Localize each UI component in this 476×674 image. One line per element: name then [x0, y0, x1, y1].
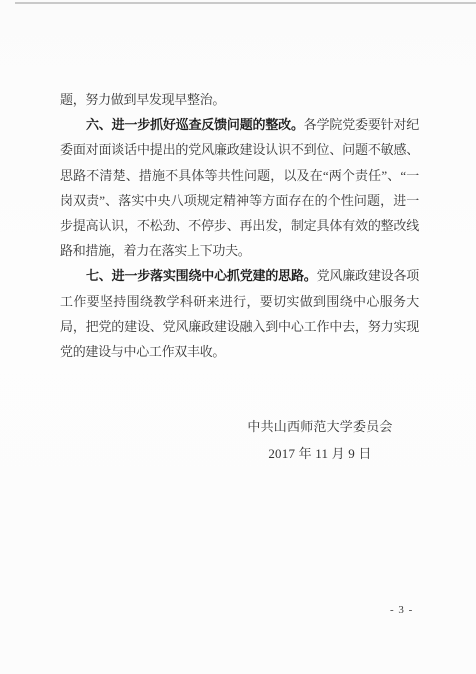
body-line: 思路不清楚、措施不具体等共性问题，以及在“两个责任”、“一 — [60, 163, 419, 188]
body-line: 步提高认识，不松劲、不停步、再出发，制定具体有效的整改线 — [60, 213, 419, 238]
signature-block: 中共山西师范大学委员会 2017 年 11 月 9 日 — [240, 413, 400, 467]
signature-date: 2017 年 11 月 9 日 — [240, 440, 400, 467]
body-line: 路和措施，着力在落实上下功夫。 — [60, 238, 419, 263]
body-line: 七、进一步落实围绕中心抓党建的思路。党风廉政建设各项 — [60, 263, 419, 288]
body-text: 题，努力做到早发现早整治。 六、进一步抓好巡查反馈问题的整改。各学院党委要针对纪… — [60, 87, 419, 364]
body-line: 委面对面谈话中提出的党风廉政建设认识不到位、问题不敏感、 — [60, 137, 419, 162]
body-line: 六、进一步抓好巡查反馈问题的整改。各学院党委要针对纪 — [60, 112, 419, 137]
paragraph-heading: 七、进一步落实围绕中心抓党建的思路。 — [86, 268, 317, 283]
page-number: - 3 - — [390, 604, 413, 616]
body-line: 党的建设与中心工作双丰收。 — [60, 339, 419, 364]
body-line-text: 各学院党委要针对纪 — [304, 117, 419, 132]
body-line: 局，把党的建设、党风廉政建设融入到中心工作中去，努力实现 — [60, 314, 419, 339]
body-line: 工作要坚持围绕教学科研来进行，要切实做到围绕中心服务大 — [60, 289, 419, 314]
body-line: 岗双责”、落实中央八项规定精神等方面存在的个性问题，进一 — [60, 188, 419, 213]
paragraph-heading: 六、进一步抓好巡查反馈问题的整改。 — [86, 117, 304, 132]
document-page: 题，努力做到早发现早整治。 六、进一步抓好巡查反馈问题的整改。各学院党委要针对纪… — [0, 0, 476, 674]
signature-org: 中共山西师范大学委员会 — [240, 413, 400, 440]
body-line-text: 党风廉政建设各项 — [317, 268, 419, 283]
scan-edge-artifact — [15, 2, 476, 4]
body-line: 题，努力做到早发现早整治。 — [60, 87, 419, 112]
